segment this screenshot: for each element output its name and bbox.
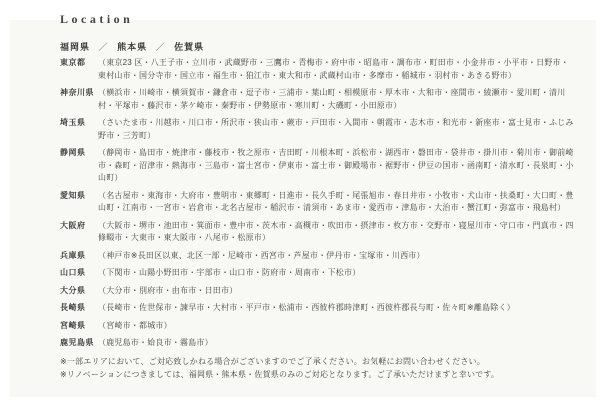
prefecture-label: 宮崎県 [60,320,98,333]
page-title: Location [60,12,133,27]
breadcrumb-item-kumamoto[interactable]: 熊本県 [117,42,147,52]
area-list: （横浜市・川崎市・横須賀市・鎌倉市・逗子市・三浦市・葉山町・相模原市・厚木市・大… [98,87,576,112]
area-list: （東京23 区・八王子市・立川市・武蔵野市・三鷹市・青梅市・府中市・昭島市・調布… [98,57,576,82]
breadcrumb-separator: ／ [99,42,109,52]
location-row-kagoshima: 鹿児島県 （鹿児島市・姶良市・霧島市） [60,337,576,350]
location-list: 東京都 （東京23 区・八王子市・立川市・武蔵野市・三鷹市・青梅市・府中市・昭島… [60,57,576,381]
location-row-osaka: 大阪府 （大阪市・堺市・池田市・箕面市・豊中市・茨木市・高槻市・吹田市・摂津市・… [60,220,576,245]
prefecture-label: 静岡県 [60,147,98,185]
location-row-saitama: 埼玉県 （さいたま市・川越市・川口市・所沢市・狭山市・蕨市・戸田市・入間市・朝霞… [60,117,576,142]
area-list: （さいたま市・川越市・川口市・所沢市・狭山市・蕨市・戸田市・入間市・朝霞市・志木… [98,117,576,142]
location-row-yamaguchi: 山口県 （下関市・山陽小野田市・宇部市・山口市・防府市・周南市・下松市） [60,267,576,280]
area-list: （静岡市・島田市・焼津市・藤枝市・牧之原市・吉田町・川根本町・浜松市・湖西市・磐… [98,147,576,185]
area-list: （大阪市・堺市・池田市・箕面市・豊中市・茨木市・高槻市・吹田市・摂津市・枚方市・… [98,220,576,245]
location-row-kanagawa: 神奈川県 （横浜市・川崎市・横須賀市・鎌倉市・逗子市・三浦市・葉山町・相模原市・… [60,87,576,112]
footnotes: ※一部エリアにおいて、ご対応致しかねる場合がございますのでご了承ください。お気軽… [60,355,576,381]
area-list: （神戸市※長田区以東、北区一部・尼崎市・西宮市・芦屋市・伊丹市・宝塚市・川西市） [98,250,576,263]
prefecture-label: 埼玉県 [60,117,98,142]
prefecture-label: 兵庫県 [60,250,98,263]
prefecture-label: 愛知県 [60,190,98,215]
breadcrumb-item-saga[interactable]: 佐賀県 [174,42,204,52]
location-row-hyogo: 兵庫県 （神戸市※長田区以東、北区一部・尼崎市・西宮市・芦屋市・伊丹市・宝塚市・… [60,250,576,263]
location-row-shizuoka: 静岡県 （静岡市・島田市・焼津市・藤枝市・牧之原市・吉田町・川根本町・浜松市・湖… [60,147,576,185]
prefecture-label: 鹿児島県 [60,337,98,350]
prefecture-label: 神奈川県 [60,87,98,112]
location-row-miyazaki: 宮崎県 （宮崎市・都城市） [60,320,576,333]
breadcrumb-separator: ／ [156,42,166,52]
breadcrumb: 福岡県 ／ 熊本県 ／ 佐賀県 [60,40,204,53]
area-list: （鹿児島市・姶良市・霧島市） [98,337,576,350]
prefecture-label: 山口県 [60,267,98,280]
location-row-aichi: 愛知県 （名古屋市・東海市・大府市・豊明市・東郷町・日進市・長久手町・尾張旭市・… [60,190,576,215]
breadcrumb-item-fukuoka[interactable]: 福岡県 [60,42,90,52]
area-list: （長崎市・佐世保市・諫早市・大村市・平戸市・松浦市・西彼杵郡時津町・西彼杵郡長与… [98,302,576,315]
area-list: （下関市・山陽小野田市・宇部市・山口市・防府市・周南市・下松市） [98,267,576,280]
area-list: （大分市・別府市・由布市・日田市） [98,285,576,298]
location-row-nagasaki: 長崎県 （長崎市・佐世保市・諫早市・大村市・平戸市・松浦市・西彼杵郡時津町・西彼… [60,302,576,315]
prefecture-label: 大阪府 [60,220,98,245]
location-row-oita: 大分県 （大分市・別府市・由布市・日田市） [60,285,576,298]
location-row-tokyo: 東京都 （東京23 区・八王子市・立川市・武蔵野市・三鷹市・青梅市・府中市・昭島… [60,57,576,82]
prefecture-label: 大分県 [60,285,98,298]
prefecture-label: 東京都 [60,57,98,82]
footnote-renovation-disclaimer: ※リノベーションにつきましては、福岡県・熊本県・佐賀県のみのご対応となります。ご… [60,368,576,381]
area-list: （宮崎市・都城市） [98,320,576,333]
footnote-area-disclaimer: ※一部エリアにおいて、ご対応致しかねる場合がございますのでご了承ください。お気軽… [60,355,576,368]
prefecture-label: 長崎県 [60,302,98,315]
area-list: （名古屋市・東海市・大府市・豊明市・東郷町・日進市・長久手町・尾張旭市・春日井市… [98,190,576,215]
